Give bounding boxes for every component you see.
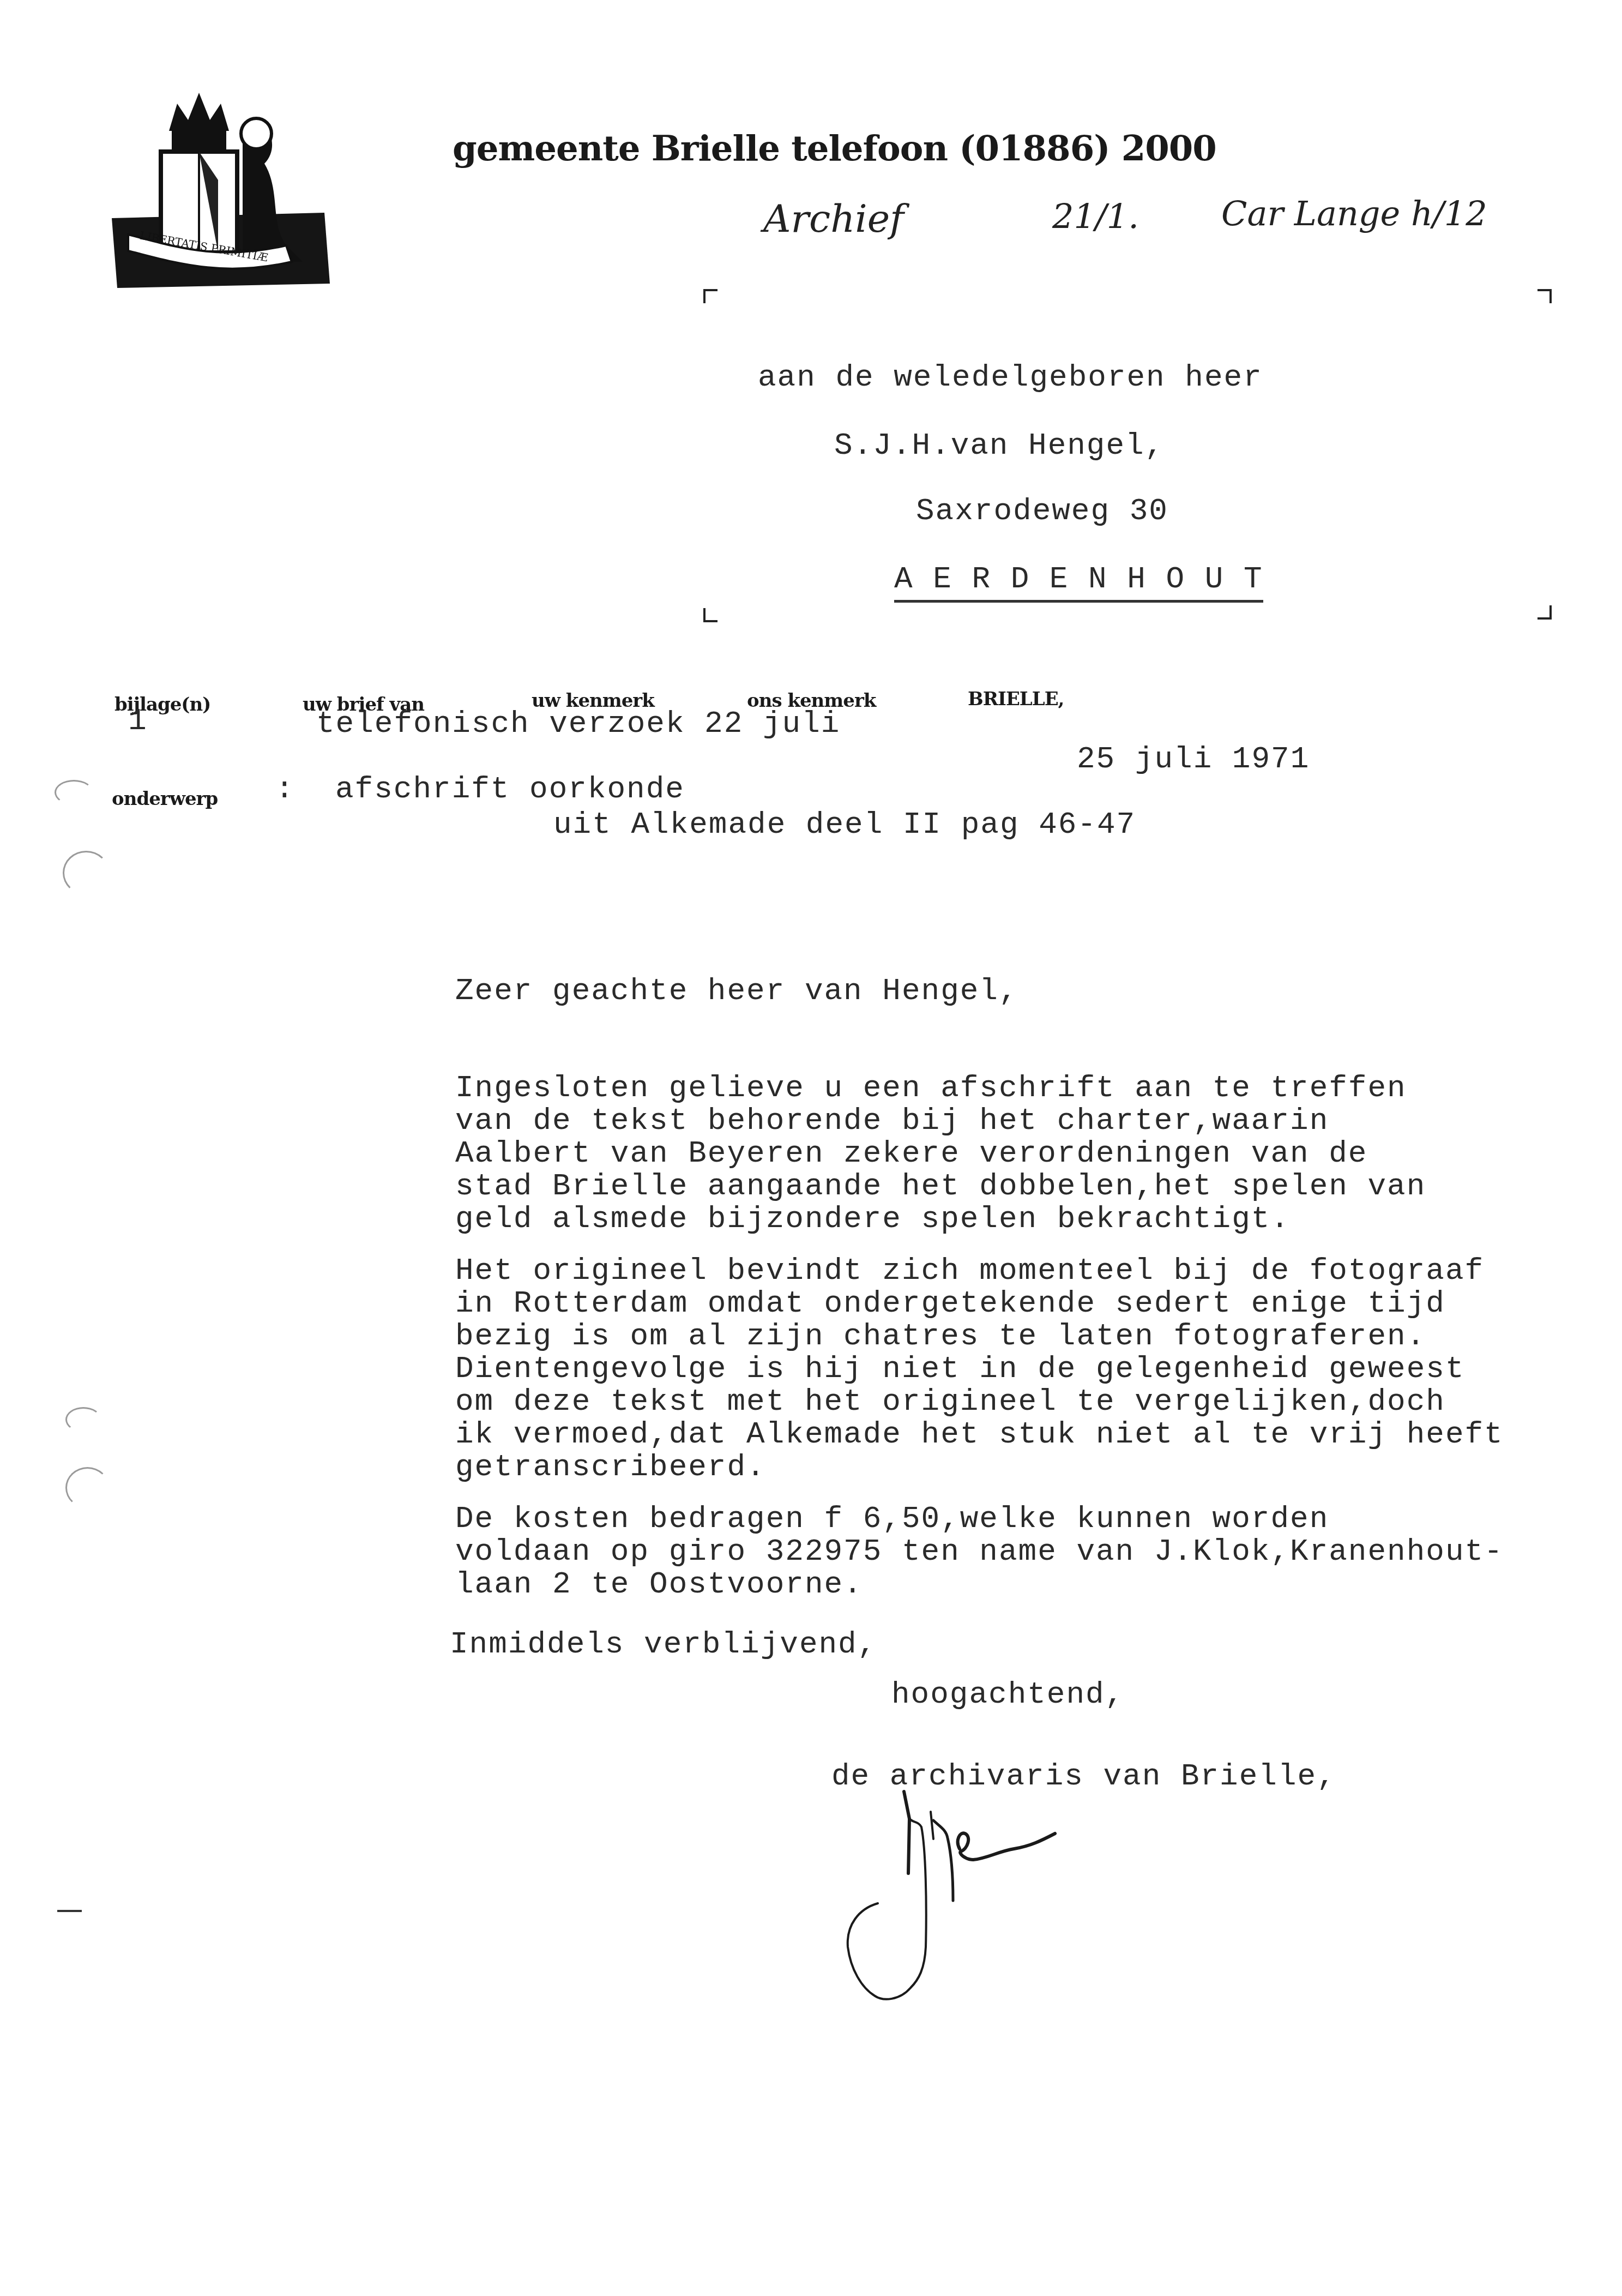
letterhead-title: gemeente Brielle telefoon (01886) 2000: [453, 128, 1216, 169]
addressee-city: A E R D E N H O U T: [894, 562, 1263, 603]
window-corner-bottom-left: [703, 608, 717, 622]
punch-hole-mark: [55, 780, 93, 805]
body-paragraph-2: Het origineel bevindt zich momenteel bij…: [455, 1254, 1504, 1483]
window-corner-top-right: [1537, 289, 1552, 303]
place-label: BRIELLE,: [968, 688, 1064, 710]
body-line: Inmiddels verblijvend,: [450, 1628, 877, 1661]
body-paragraph-4: Inmiddels verblijvend,: [450, 1628, 877, 1661]
handwritten-note-reference: Car Lange h/12: [1221, 194, 1487, 233]
salutation: Zeer geachte heer van Hengel,: [455, 973, 1018, 1008]
letter-date: 25 juli 1971: [1077, 742, 1310, 777]
closing-greeting: hoogachtend,: [891, 1677, 1124, 1712]
body-line: getranscribeerd.: [455, 1451, 1504, 1483]
body-line: in Rotterdam omdat ondergetekende sedert…: [455, 1287, 1504, 1320]
addressee-street: Saxrodeweg 30: [916, 494, 1168, 528]
onderwerp-label: onderwerp: [112, 788, 218, 810]
body-line: Aalbert van Beyeren zekere verordeningen…: [455, 1137, 1426, 1170]
body-line: De kosten bedragen f 6,50,welke kunnen w…: [455, 1502, 1504, 1535]
window-corner-bottom-right: [1537, 605, 1552, 620]
handwritten-note-archief: Archief: [763, 196, 904, 241]
body-line: Ingesloten gelieve u een afschrift aan t…: [455, 1072, 1426, 1104]
addressee-name: S.J.H.van Hengel,: [834, 428, 1164, 463]
handwritten-note-number: 21/1.: [1052, 196, 1139, 236]
body-paragraph-3: De kosten bedragen f 6,50,welke kunnen w…: [455, 1502, 1504, 1601]
body-line: Dientengevolge is hij niet in de gelegen…: [455, 1353, 1504, 1385]
body-line: laan 2 te Oostvoorne.: [455, 1568, 1504, 1601]
punch-hole-mark: [65, 1407, 101, 1432]
body-line: bezig is om al zijn chatres te laten fot…: [455, 1320, 1504, 1353]
onderwerp-colon: :: [275, 772, 295, 807]
municipal-crest-logo: LIBERTATIS PRIMITIÆ: [106, 82, 335, 289]
body-paragraph-1: Ingesloten gelieve u een afschrift aan t…: [455, 1072, 1426, 1235]
window-corner-top-left: [703, 289, 717, 303]
body-line: Het origineel bevindt zich momenteel bij…: [455, 1254, 1504, 1287]
addressee-salutation-line: aan de weledelgeboren heer: [758, 360, 1263, 395]
bijlage-value: 1: [128, 704, 148, 738]
handwritten-signature: [818, 1772, 1309, 2045]
uw-brief-van-value: telefonisch verzoek 22 juli: [316, 706, 840, 741]
onderwerp-line-1: afschrift oorkonde: [335, 772, 685, 807]
punch-hole-mark: [65, 1467, 110, 1508]
body-line: om deze tekst met het origineel te verge…: [455, 1385, 1504, 1418]
body-line: voldaan op giro 322975 ten name van J.Kl…: [455, 1535, 1504, 1568]
body-line: stad Brielle aangaande het dobbelen,het …: [455, 1170, 1426, 1203]
onderwerp-line-2: uit Alkemade deel II pag 46-47: [553, 807, 1136, 842]
punch-hole-mark: [63, 851, 110, 895]
body-line: ik vermoed,dat Alkemade het stuk niet al…: [455, 1418, 1504, 1451]
body-line: van de tekst behorende bij het charter,w…: [455, 1104, 1426, 1137]
body-line: geld alsmede bijzondere spelen bekrachti…: [455, 1203, 1426, 1235]
fold-mark: [57, 1910, 82, 1912]
